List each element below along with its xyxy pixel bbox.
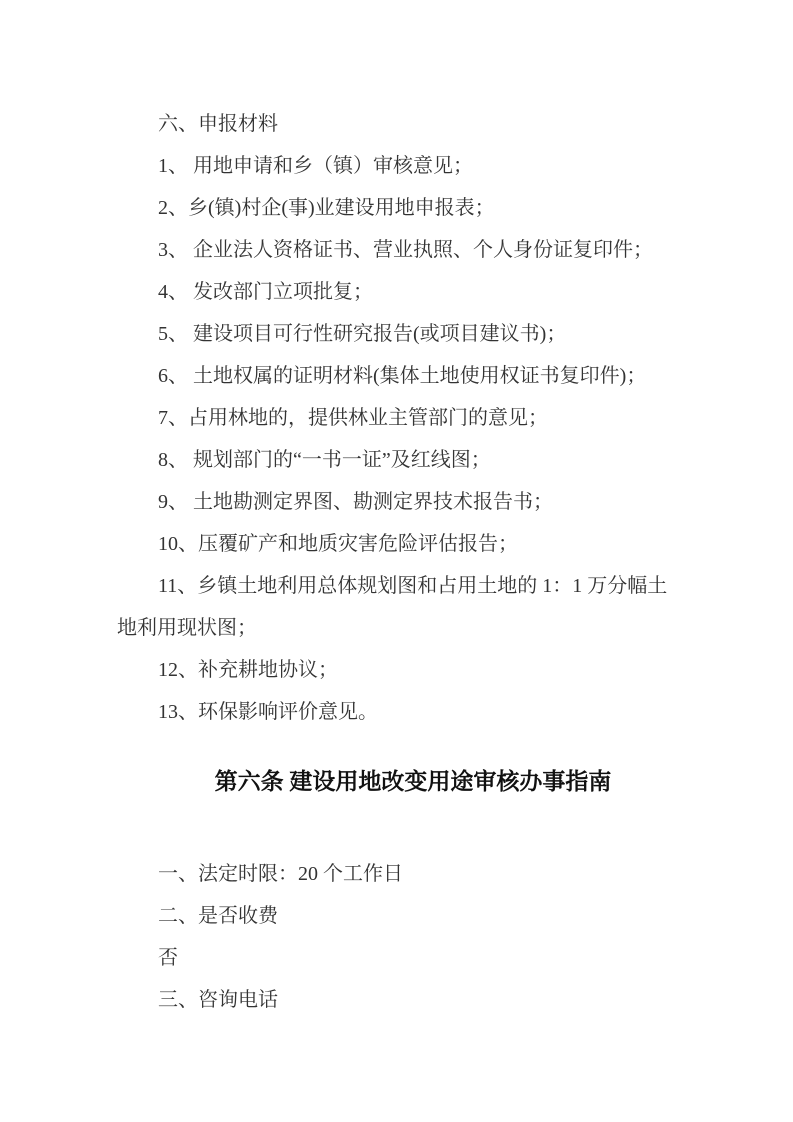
material-item-4: 4、 发改部门立项批复； bbox=[117, 271, 673, 313]
material-item-6: 6、 土地权属的证明材料(集体土地使用权证书复印件)； bbox=[117, 355, 673, 397]
article-six-title: 第六条 建设用地改变用途审核办事指南 bbox=[117, 767, 673, 797]
document-page: 六、申报材料 1、 用地申请和乡（镇）审核意见； 2、乡(镇)村企(事)业建设用… bbox=[0, 0, 793, 1122]
material-item-1: 1、 用地申请和乡（镇）审核意见； bbox=[117, 145, 673, 187]
page-content: 六、申报材料 1、 用地申请和乡（镇）审核意见； 2、乡(镇)村企(事)业建设用… bbox=[117, 103, 673, 1021]
fee-answer-line: 否 bbox=[117, 937, 673, 979]
legal-time-limit-line: 一、法定时限：20 个工作日 bbox=[117, 853, 673, 895]
material-item-11: 11、乡镇土地利用总体规划图和占用土地的 1：1 万分幅土地利用现状图； bbox=[117, 565, 673, 649]
inquiry-phone-line: 三、咨询电话 bbox=[117, 979, 673, 1021]
material-item-7: 7、占用林地的，提供林业主管部门的意见； bbox=[117, 397, 673, 439]
materials-section-heading: 六、申报材料 bbox=[117, 103, 673, 145]
fee-question-line: 二、是否收费 bbox=[117, 895, 673, 937]
material-item-9: 9、 土地勘测定界图、勘测定界技术报告书； bbox=[117, 481, 673, 523]
material-item-10: 10、压覆矿产和地质灾害危险评估报告； bbox=[117, 523, 673, 565]
material-item-13: 13、环保影响评价意见。 bbox=[117, 691, 673, 733]
material-item-2: 2、乡(镇)村企(事)业建设用地申报表； bbox=[117, 187, 673, 229]
material-item-8: 8、 规划部门的“一书一证”及红线图； bbox=[117, 439, 673, 481]
material-item-5: 5、 建设项目可行性研究报告(或项目建议书)； bbox=[117, 313, 673, 355]
material-item-3: 3、 企业法人资格证书、营业执照、个人身份证复印件； bbox=[117, 229, 673, 271]
material-item-12: 12、补充耕地协议； bbox=[117, 649, 673, 691]
